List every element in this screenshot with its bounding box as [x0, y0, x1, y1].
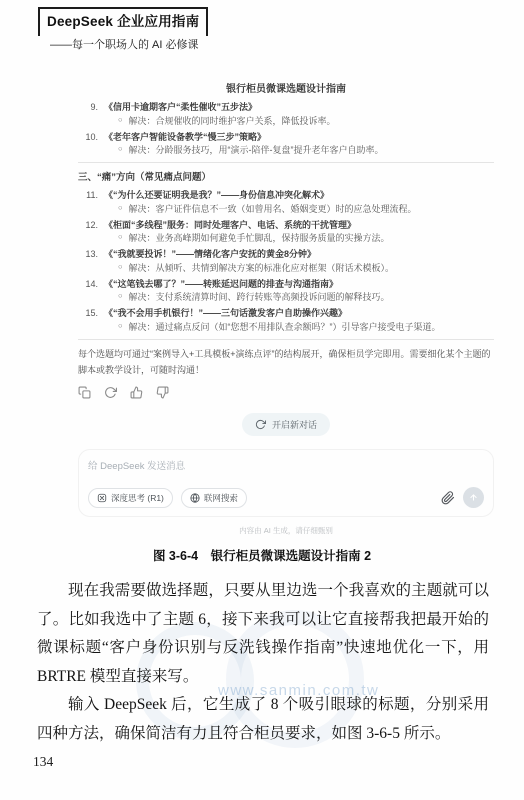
thumbs-up-icon [130, 386, 143, 399]
book-header: DeepSeek 企业应用指南 ——每一个职场人的 AI 必修课 [38, 7, 208, 52]
deepseek-screenshot: 银行柜员微课选题设计指南 9. 《信用卡逾期客户“柔性催收”五步法》 ○ 解决：… [78, 80, 494, 536]
topic-list-part2: 11. 《“为什么还要证明我是我？”——身份信息冲突化解术》 ○ 解决：客户证件… [78, 189, 494, 334]
input-placeholder: 给 DeepSeek 发送消息 [88, 458, 484, 472]
body-paragraph-1: 现在我需要做选择题，只要从里边选一个我喜欢的主题就可以了。比如我选中了主题 6，… [37, 577, 489, 691]
section-divider [78, 339, 494, 340]
circle-bullet: ○ [118, 291, 123, 304]
regenerate-button[interactable] [104, 386, 117, 399]
paperclip-icon [441, 491, 455, 505]
thumbs-down-icon [156, 386, 169, 399]
circle-bullet: ○ [118, 144, 123, 157]
message-actions [78, 386, 494, 399]
item-solution: 解决：支付系统清算时间、跨行转账等高频投诉问题的解释技巧。 [129, 291, 390, 304]
book-subtitle: ——每一个职场人的 AI 必修课 [50, 36, 208, 52]
deepthink-icon [97, 493, 107, 503]
input-toolbar: 深度思考 (R1) 联网搜索 [88, 487, 484, 508]
thumbs-up-button[interactable] [130, 386, 143, 399]
deepthink-label: 深度思考 (R1) [111, 492, 164, 504]
topic-list-item: 15. 《“我不会用手机银行！”——三句话激发客户自助操作兴趣》 ○ 解决：通过… [78, 307, 494, 334]
topic-list-item: 11. 《“为什么还要证明我是我？”——身份信息冲突化解术》 ○ 解决：客户证件… [78, 189, 494, 216]
item-solution: 解决：业务高峰期如何避免手忙脚乱，保持服务质量的实操方法。 [129, 232, 390, 245]
item-solution: 解决：合规催收的同时维护客户关系，降低投诉率。 [129, 115, 336, 128]
section-heading: 三、“痛”方向（常见痛点问题） [78, 169, 494, 183]
circle-bullet: ○ [118, 321, 123, 334]
message-input-box[interactable]: 给 DeepSeek 发送消息 深度思考 (R1) 联网搜索 [78, 449, 494, 517]
send-button[interactable] [463, 487, 484, 508]
page-number: 134 [33, 754, 53, 770]
attach-button[interactable] [441, 491, 455, 505]
item-number: 12. [78, 219, 98, 232]
circle-bullet: ○ [118, 262, 123, 275]
book-title: DeepSeek 企业应用指南 [38, 7, 208, 33]
topic-list-item: 10. 《老年客户智能设备教学“慢三步”策略》 ○ 解决：分龄服务技巧，用“演示… [78, 131, 494, 158]
regenerate-icon [104, 386, 117, 399]
item-number: 14. [78, 278, 98, 291]
copy-button[interactable] [78, 386, 91, 399]
item-title: 《“这笔钱去哪了？”——转账延迟问题的排查与沟通指南》 [104, 278, 338, 291]
topic-list-part1: 9. 《信用卡逾期客户“柔性催收”五步法》 ○ 解决：合规催收的同时维护客户关系… [78, 101, 494, 157]
item-number: 13. [78, 248, 98, 261]
arrow-up-icon [469, 492, 478, 503]
deepthink-toggle[interactable]: 深度思考 (R1) [88, 488, 173, 508]
item-solution: 解决：从倾听、共情到解决方案的标准化应对框架（附话术模板）。 [129, 262, 395, 275]
closing-paragraph: 每个选题均可通过“案例导入+工具模板+演练点评”的结构展开，确保柜员学完即用。需… [78, 346, 494, 378]
item-number: 9. [78, 101, 98, 114]
new-chat-label: 开启新对话 [272, 418, 317, 431]
thumbs-down-button[interactable] [156, 386, 169, 399]
circle-bullet: ○ [118, 232, 123, 245]
topic-list-item: 14. 《“这笔钱去哪了？”——转账延迟问题的排查与沟通指南》 ○ 解决：支付系… [78, 278, 494, 305]
item-number: 15. [78, 307, 98, 320]
figure-caption: 图 3-6-4 银行柜员微课选题设计指南 2 [0, 546, 524, 564]
book-page: DeepSeek 企业应用指南 ——每一个职场人的 AI 必修课 www.san… [0, 0, 524, 800]
topic-list-item: 9. 《信用卡逾期客户“柔性催收”五步法》 ○ 解决：合规催收的同时维护客户关系… [78, 101, 494, 128]
item-title: 《“我不会用手机银行！”——三句话激发客户自助操作兴趣》 [104, 307, 347, 320]
item-title: 《老年客户智能设备教学“慢三步”策略》 [104, 131, 266, 144]
topic-list-item: 13. 《“我就要投诉！”——情绪化客户安抚的黄金8分钟》 ○ 解决：从倾听、共… [78, 248, 494, 275]
circle-bullet: ○ [118, 203, 123, 216]
refresh-icon [255, 419, 266, 430]
item-solution: 解决：分龄服务技巧，用“演示-陪伴-复盘”提升老年客户自助率。 [129, 144, 384, 157]
new-chat-row: 开启新对话 [78, 413, 494, 436]
web-search-label: 联网搜索 [204, 492, 238, 504]
circle-bullet: ○ [118, 115, 123, 128]
web-search-toggle[interactable]: 联网搜索 [181, 488, 247, 508]
item-solution: 解决：通过痛点反问（如“您想不用排队查余额吗？”）引导客户接受电子渠道。 [129, 321, 441, 334]
body-paragraph-2: 输入 DeepSeek 后，它生成了 8 个吸引眼球的标题，分别采用四种方法，确… [37, 691, 489, 748]
ai-disclaimer: 内容由 AI 生成，请仔细甄别 [78, 525, 494, 536]
item-number: 11. [78, 189, 98, 202]
globe-icon [190, 493, 200, 503]
section-divider [78, 162, 494, 163]
item-title: 《“为什么还要证明我是我？”——身份信息冲突化解术》 [104, 189, 329, 202]
item-solution: 解决：客户证件信息不一致（如曾用名、婚姻变更）时的应急处理流程。 [129, 203, 417, 216]
item-title: 《“我就要投诉！”——情绪化客户安抚的黄金8分钟》 [104, 248, 316, 261]
body-text: 现在我需要做选择题，只要从里边选一个我喜欢的主题就可以了。比如我选中了主题 6，… [37, 577, 489, 748]
item-title: 《信用卡逾期客户“柔性催收”五步法》 [104, 101, 257, 114]
item-number: 10. [78, 131, 98, 144]
new-chat-button[interactable]: 开启新对话 [242, 413, 330, 436]
topic-list-item: 12. 《柜面“多线程”服务：同时处理客户、电话、系统的干扰管理》 ○ 解决：业… [78, 219, 494, 246]
chat-doc-title: 银行柜员微课选题设计指南 [78, 80, 494, 95]
item-title: 《柜面“多线程”服务：同时处理客户、电话、系统的干扰管理》 [104, 219, 356, 232]
copy-icon [78, 386, 91, 399]
